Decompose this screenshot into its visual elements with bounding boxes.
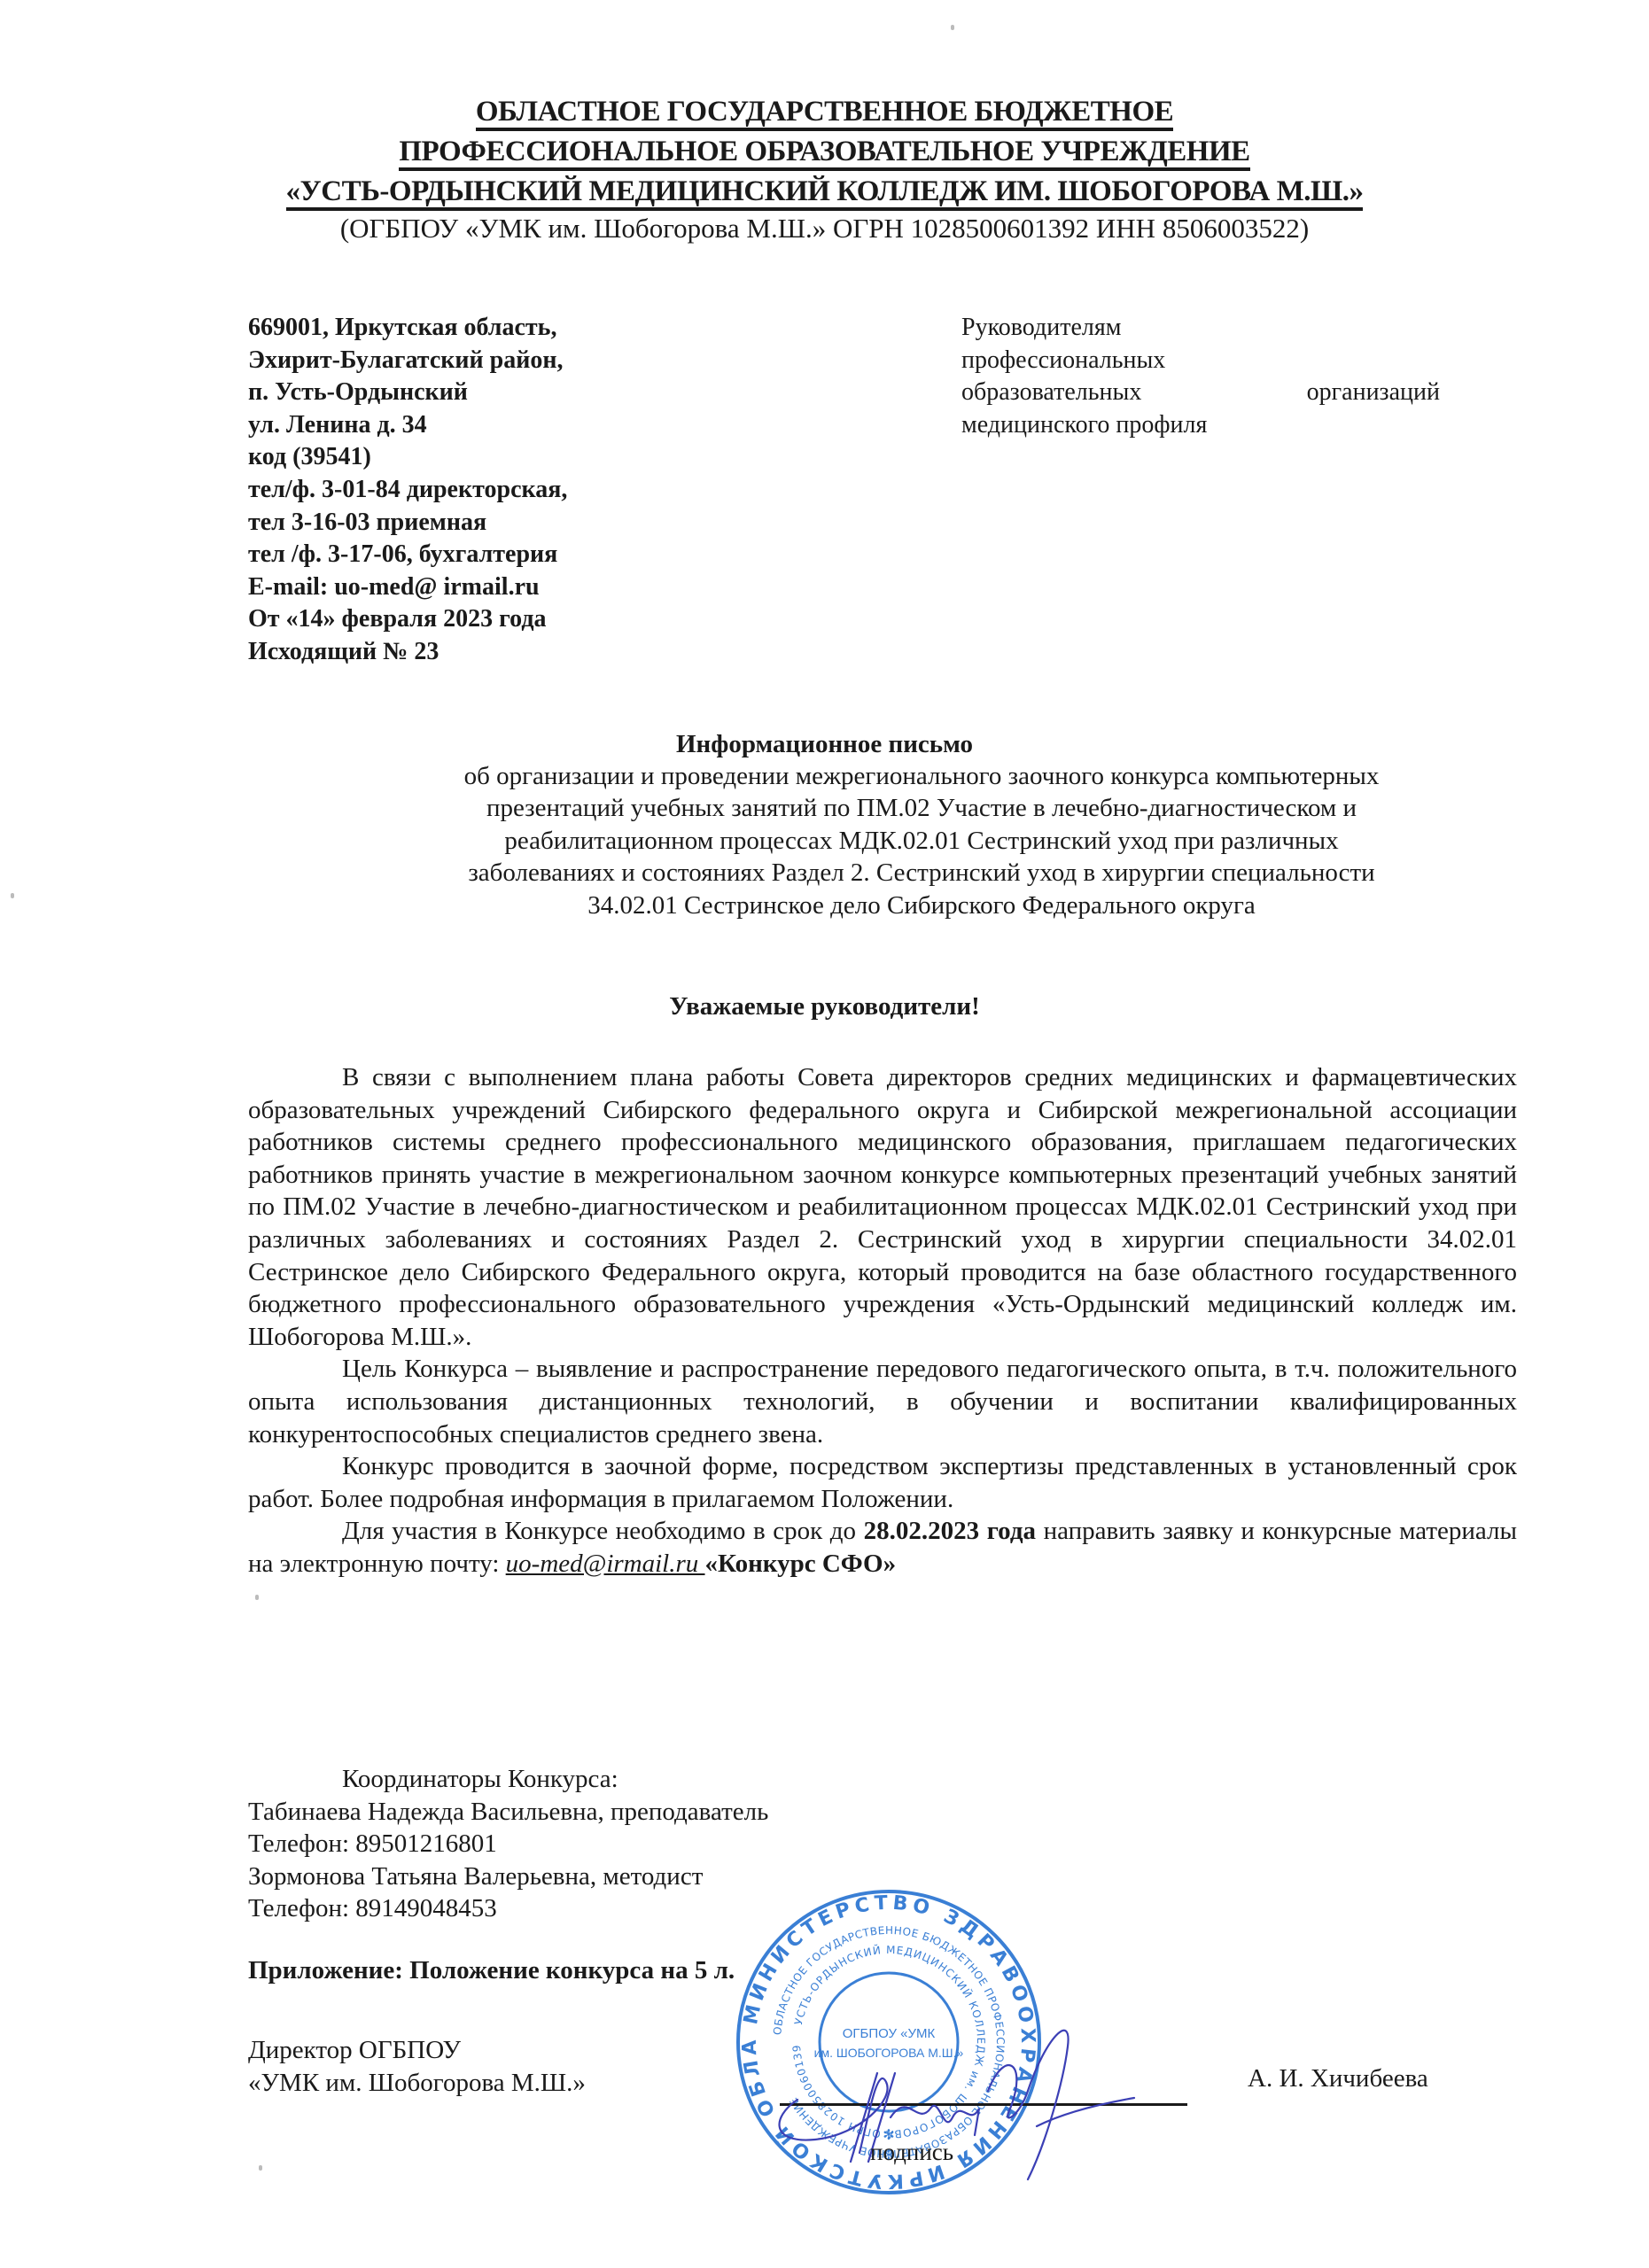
org-header-text: ОБЛАСТНОЕ ГОСУДАРСТВЕННОЕ БЮДЖЕТНОЕ — [476, 96, 1173, 131]
subtitle-line: 34.02.01 Сестринское дело Сибирского Фед… — [328, 889, 1515, 921]
coordinator-name: Табинаева Надежда Васильевна, преподават… — [248, 1796, 768, 1829]
sender-line: тел/ф. 3-01-84 директорская, — [248, 474, 744, 507]
signature-caption: подпись — [870, 2137, 953, 2167]
recipient-word: организаций — [1307, 377, 1440, 409]
recipient-line: профессиональных — [961, 345, 1440, 377]
scan-speck — [951, 25, 954, 30]
director-position: Директор ОГБПОУ «УМК им. Шобогорова М.Ш.… — [248, 2034, 586, 2100]
outgoing-number: Исходящий № 23 — [248, 636, 744, 669]
handwritten-signature-icon — [762, 1993, 1187, 2206]
appendix-note: Приложение: Положение конкурса на 5 л. — [248, 1954, 735, 1986]
letter-subtitle: об организации и проведении межрегиональ… — [328, 760, 1515, 921]
director-position-line: Директор ОГБПОУ — [248, 2034, 586, 2067]
contest-email-link[interactable]: uo-med@irmail.ru — [506, 1550, 705, 1578]
sender-address-block: 669001, Иркутская область, Эхирит-Булага… — [248, 312, 744, 669]
body-paragraph: Конкурс проводится в заочной форме, поср… — [248, 1450, 1517, 1515]
scan-speck — [11, 893, 14, 898]
coordinator-name: Зормонова Татьяна Валерьевна, методист — [248, 1860, 768, 1893]
subtitle-line: презентаций учебных занятий по ПМ.02 Уча… — [328, 792, 1515, 824]
submission-text: Для участия в Конкурсе необходимо в срок… — [342, 1517, 864, 1545]
submission-deadline: 28.02.2023 года — [864, 1517, 1036, 1545]
org-registration: (ОГБПОУ «УМК им. Шобогорова М.Ш.» ОГРН 1… — [0, 211, 1649, 246]
sender-line: 669001, Иркутская область, — [248, 312, 744, 345]
subtitle-line: заболеваниях и состояниях Раздел 2. Сест… — [328, 857, 1515, 889]
coordinator-phone: Телефон: 89501216801 — [248, 1828, 768, 1860]
coordinator-phone: Телефон: 89149048453 — [248, 1892, 768, 1925]
signer-name: А. И. Хичибеева — [1248, 2062, 1428, 2094]
sender-line: тел /ф. 3-17-06, бухгалтерия — [248, 539, 744, 571]
letter-date: От «14» февраля 2023 года — [248, 603, 744, 636]
org-header-line-3: «УСТЬ-ОРДЫНСКИЙ МЕДИЦИНСКИЙ КОЛЛЕДЖ ИМ. … — [0, 172, 1649, 211]
sender-email-line: E-mail: uo-med@ irmail.ru — [248, 571, 744, 604]
scan-speck — [255, 1595, 259, 1600]
recipient-block: Руководителям профессиональных образоват… — [961, 312, 1440, 441]
email-subject: «Конкурс СФО» — [705, 1550, 897, 1578]
subtitle-line: реабилитационном процессах МДК.02.01 Сес… — [328, 825, 1515, 857]
sender-line: ул. Ленина д. 34 — [248, 409, 744, 442]
letter-body: В связи с выполнением плана работы Совет… — [248, 1061, 1517, 1581]
recipient-line: медицинского профиля — [961, 409, 1440, 442]
sender-line: п. Усть-Ордынский — [248, 377, 744, 409]
sender-line: тел 3-16-03 приемная — [248, 507, 744, 540]
director-position-line: «УМК им. Шобогорова М.Ш.» — [248, 2067, 586, 2100]
body-paragraph: В связи с выполнением плана работы Совет… — [248, 1061, 1517, 1353]
recipient-line: образовательных организаций — [961, 377, 1440, 409]
greeting: Уважаемые руководители! — [0, 990, 1649, 1022]
org-header-line-1: ОБЛАСТНОЕ ГОСУДАРСТВЕННОЕ БЮДЖЕТНОЕ — [0, 92, 1649, 131]
recipient-line: Руководителям — [961, 312, 1440, 345]
recipient-word: образовательных — [961, 377, 1141, 409]
sender-line: код (39541) — [248, 441, 744, 474]
org-header-line-2: ПРОФЕССИОНАЛЬНОЕ ОБРАЗОВАТЕЛЬНОЕ УЧРЕЖДЕ… — [0, 132, 1649, 171]
letter-title: Информационное письмо — [0, 728, 1649, 760]
sender-line: Эхирит-Булагатский район, — [248, 345, 744, 377]
org-header-text: «УСТЬ-ОРДЫНСКИЙ МЕДИЦИНСКИЙ КОЛЛЕДЖ ИМ. … — [286, 175, 1364, 211]
subtitle-line: об организации и проведении межрегиональ… — [328, 760, 1515, 792]
body-paragraph: Цель Конкурса – выявление и распростране… — [248, 1353, 1517, 1450]
coordinators-block: Координаторы Конкурса: Табинаева Надежда… — [248, 1763, 768, 1925]
coordinators-heading: Координаторы Конкурса: — [248, 1763, 768, 1796]
body-paragraph-submission: Для участия в Конкурсе необходимо в срок… — [248, 1515, 1517, 1580]
org-header-text: ПРОФЕССИОНАЛЬНОЕ ОБРАЗОВАТЕЛЬНОЕ УЧРЕЖДЕ… — [399, 136, 1249, 171]
scan-speck — [259, 2165, 262, 2171]
